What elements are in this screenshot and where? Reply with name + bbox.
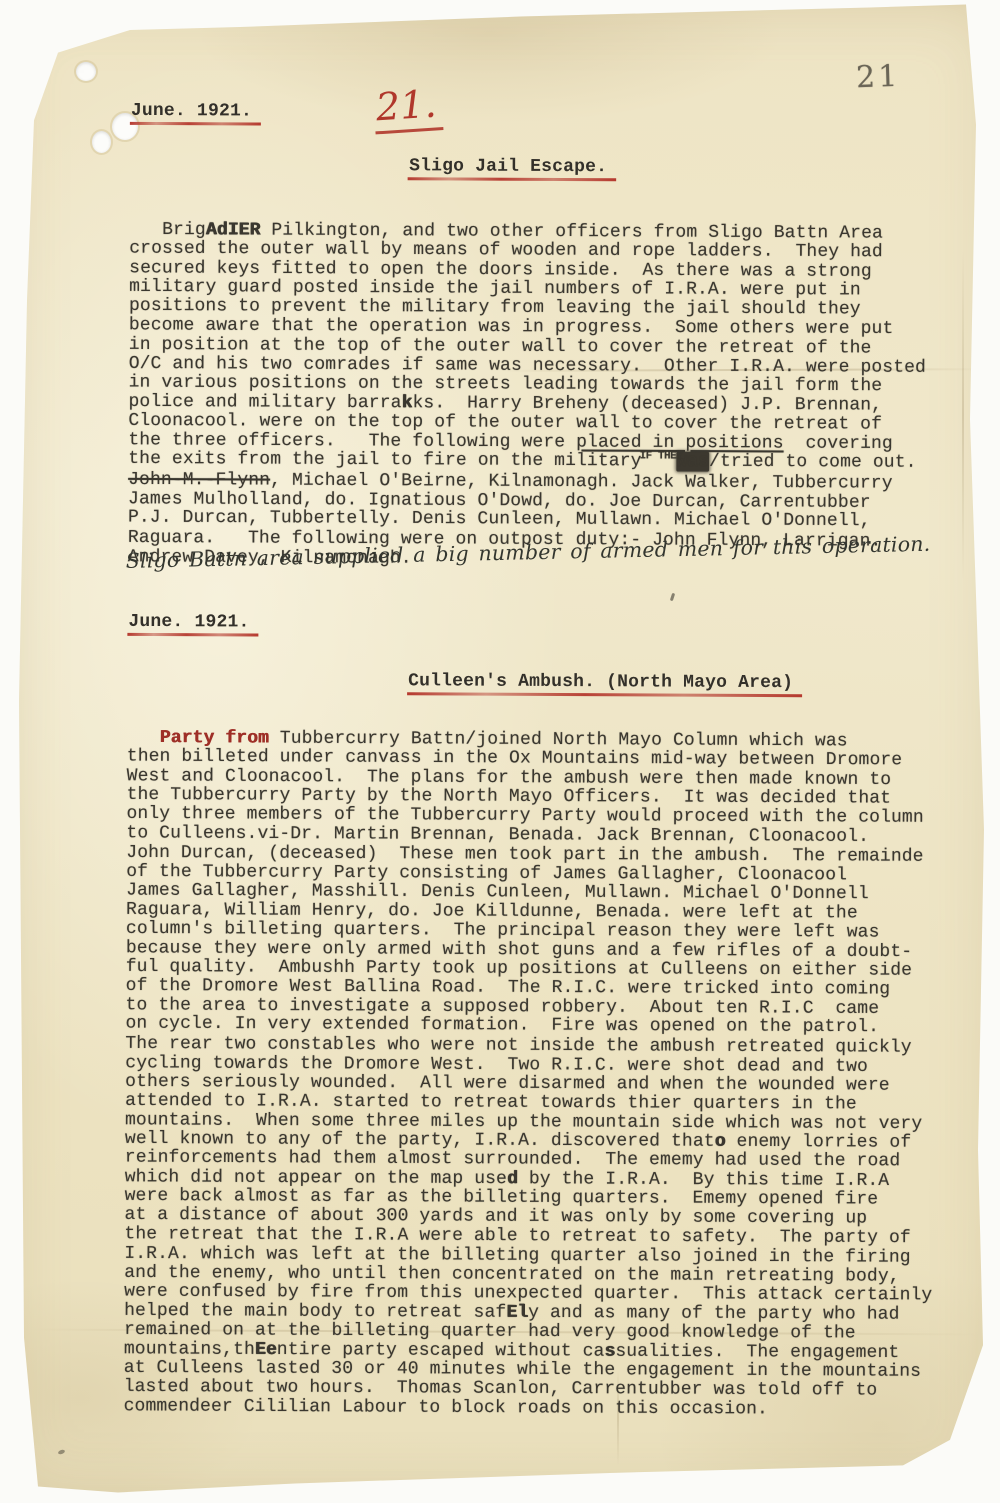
typewriter-line: cycling towards the Dromore West. Two R.…: [125, 1054, 933, 1077]
typewritten-content: 21 21. June. 1921. Sligo Jail Escape. Br…: [0, 0, 1000, 1503]
typewriter-line: because they were only armed with shot g…: [126, 939, 934, 962]
typewriter-line: secured keys fitted to open the doors in…: [129, 259, 926, 282]
typewriter-line: were confused by fire from this unexpect…: [124, 1282, 932, 1305]
typewriter-line: in various positions on the streets lead…: [129, 373, 926, 396]
typewriter-line: the retreat that the I.R.A were able to …: [124, 1226, 932, 1249]
typewriter-line: P.J. Durcan, Tubbertelly. Denis Cunleen,…: [128, 509, 925, 532]
typewriter-line: to Culleens.vi-Dr. Martin Brennan, Benad…: [126, 825, 934, 848]
section-date: June. 1921.: [127, 612, 258, 637]
typewriter-line: mountains,thEentire party escaped withou…: [124, 1340, 932, 1363]
section-title: Culleen's Ambush. (North Mayo Area): [127, 670, 892, 698]
typewriter-line: mountains. When some three miles up the …: [125, 1111, 933, 1134]
section-title-text: Culleen's Ambush. (North Mayo Area): [407, 671, 802, 697]
typewriter-line: the three officers. The following were p…: [128, 431, 925, 454]
pencil-page-number: 21: [856, 59, 901, 95]
typewriter-line: become aware that the operation was in p…: [129, 317, 926, 340]
typewriter-line: West and Cloonacool. The plans for the a…: [127, 767, 935, 790]
section-title-text: Sligo Jail Escape.: [408, 156, 616, 181]
handwritten-red-page-number: 21.: [372, 81, 443, 134]
photo-backdrop: 21 21. June. 1921. Sligo Jail Escape. Br…: [0, 0, 1000, 1503]
section-date-text: June. 1921.: [130, 101, 261, 126]
typewriter-line: commendeer Cililian Labour to block road…: [124, 1398, 932, 1421]
typewriter-paragraph: BrigAdIER Pilkington, and two other offi…: [128, 221, 927, 571]
typewriter-line: which did not appear on the map used by …: [125, 1168, 933, 1191]
typewriter-line: James Gallagher, Masshill. Denis Cunleen…: [126, 881, 934, 904]
section-date: June. 1921.: [130, 101, 261, 126]
section-title: Sligo Jail Escape.: [130, 155, 895, 183]
typewriter-paragraph: Party from Tubbercurry Battn/joined Nort…: [124, 729, 936, 1420]
typewriter-line: on cycle. In very extended formation. Fi…: [125, 1015, 933, 1038]
document-page: 21 21. June. 1921. Sligo Jail Escape. Br…: [0, 0, 1000, 1503]
section-date-text: June. 1921.: [127, 612, 258, 637]
